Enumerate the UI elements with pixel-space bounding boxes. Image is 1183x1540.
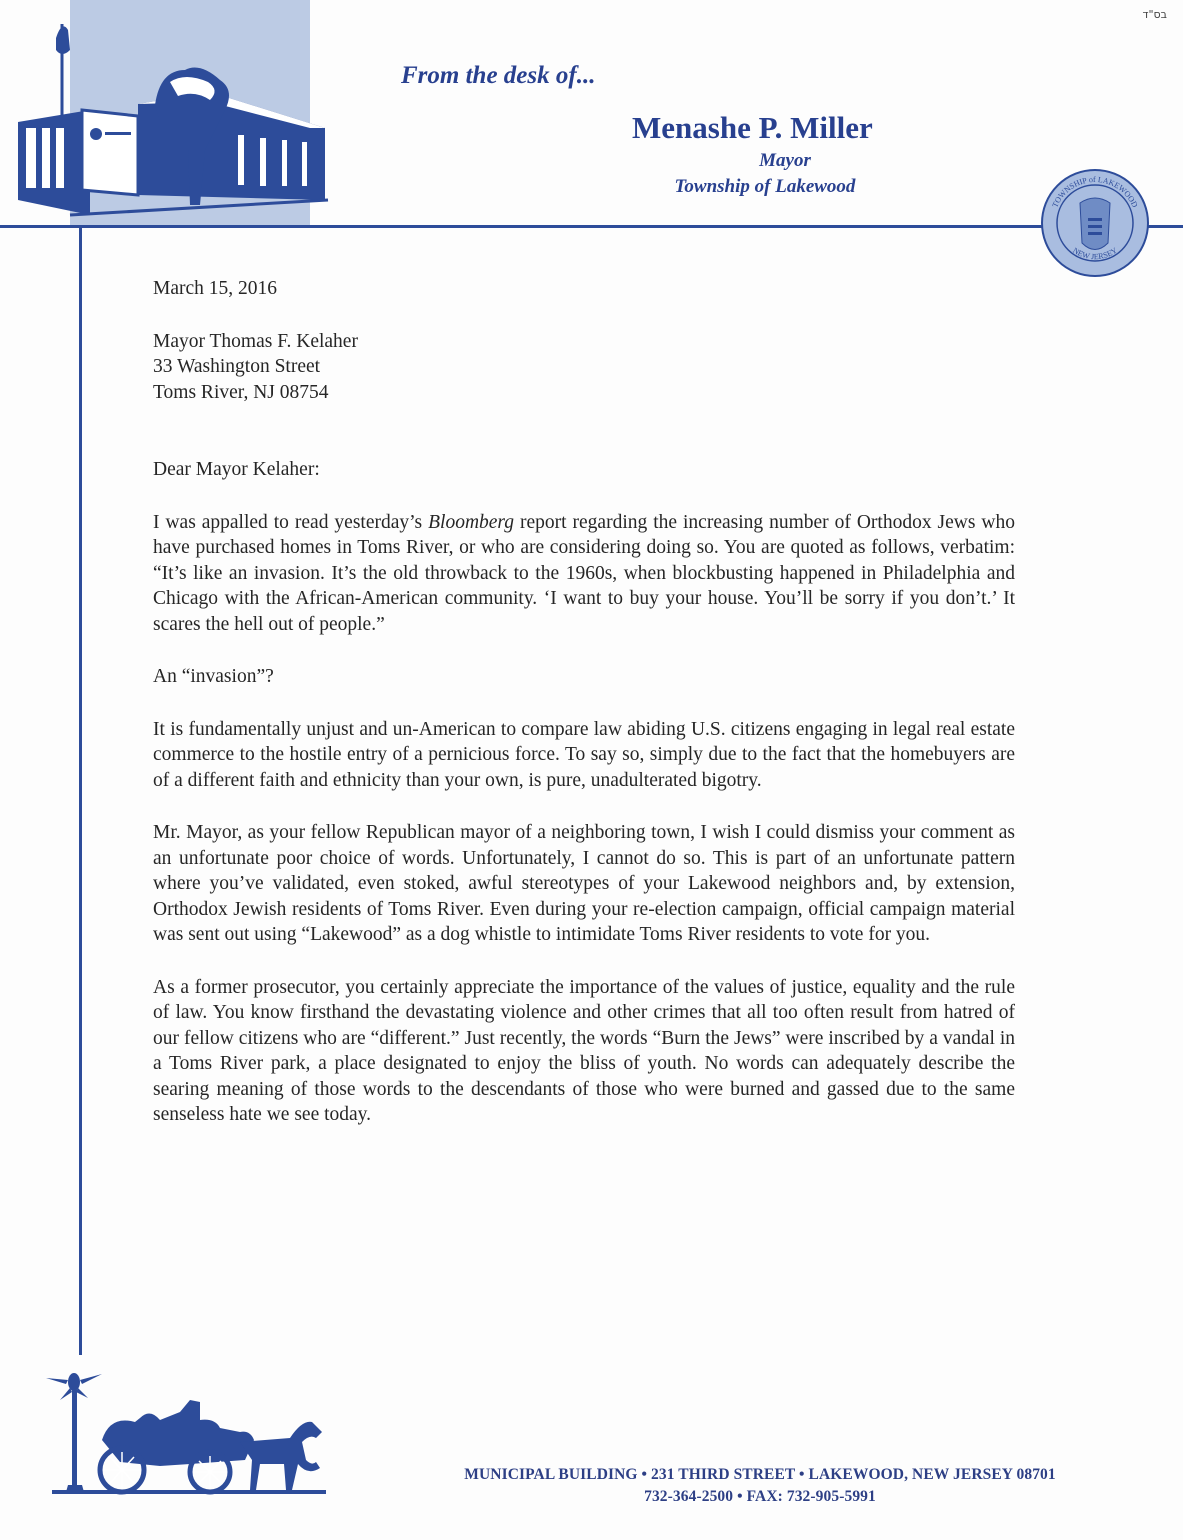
- paragraph-4: Mr. Mayor, as your fellow Republican may…: [153, 820, 1015, 948]
- sender-name: Menashe P. Miller: [632, 110, 873, 146]
- letter-body: March 15, 2016 Mayor Thomas F. Kelaher 3…: [153, 276, 1015, 1128]
- sender-township: Township of Lakewood: [640, 176, 890, 198]
- from-desk-heading: From the desk of...: [401, 62, 595, 90]
- publication-name: Bloomberg: [428, 512, 514, 533]
- township-seal-icon: TOWNSHIP of LAKEWOOD NEW JERSEY: [1040, 168, 1150, 278]
- header-rule: [0, 225, 1183, 228]
- paragraph-5: As a former prosecutor, you certainly ap…: [153, 975, 1015, 1128]
- margin-rule: [79, 225, 82, 1355]
- footer-address: MUNICIPAL BUILDING • 231 THIRD STREET • …: [395, 1464, 1125, 1486]
- hebrew-mark: בס"ד: [1142, 8, 1167, 21]
- recipient-street: 33 Washington Street: [153, 354, 1015, 380]
- letter-date: March 15, 2016: [153, 276, 1015, 302]
- letterhead-footer: MUNICIPAL BUILDING • 231 THIRD STREET • …: [395, 1464, 1125, 1508]
- paragraph-text: I was appalled to read yesterday’s: [153, 512, 428, 533]
- paragraph-1: I was appalled to read yesterday’s Bloom…: [153, 510, 1015, 638]
- recipient-name: Mayor Thomas F. Kelaher: [153, 329, 1015, 355]
- horse-carriage-lamppost-icon: [40, 1360, 330, 1500]
- paragraph-3: It is fundamentally unjust and un-Americ…: [153, 717, 1015, 794]
- footer-phones: 732-364-2500 • FAX: 732-905-5991: [395, 1486, 1125, 1508]
- paragraph-2: An “invasion”?: [153, 664, 1015, 690]
- recipient-city: Toms River, NJ 08754: [153, 380, 1015, 406]
- municipal-building-icon: [10, 10, 330, 220]
- sender-title: Mayor: [700, 150, 870, 172]
- salutation: Dear Mayor Kelaher:: [153, 457, 1015, 483]
